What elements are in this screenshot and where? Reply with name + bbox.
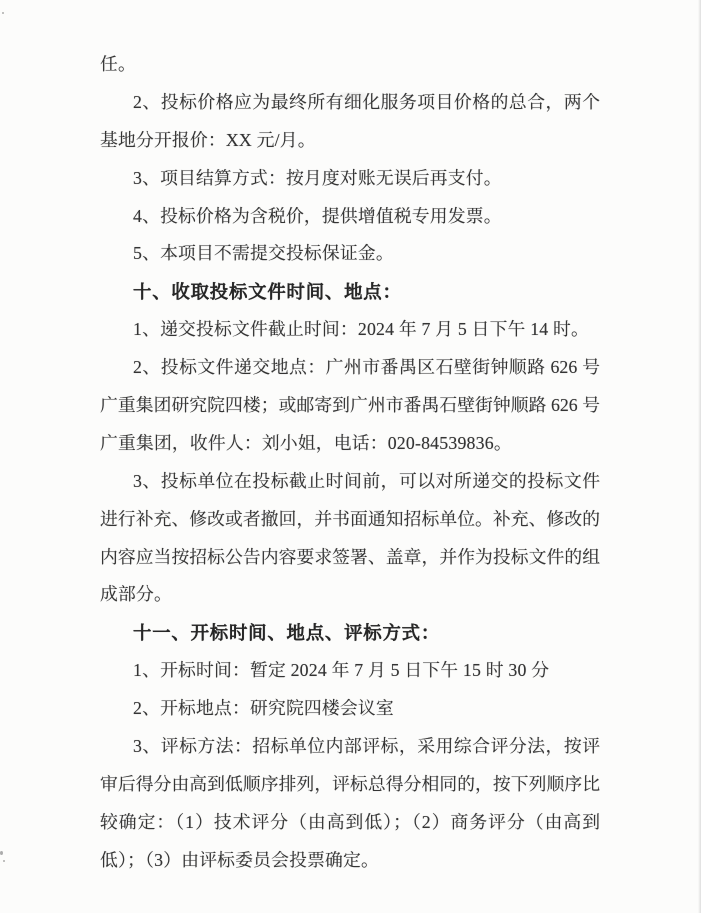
document-line: 进行补充、修改或者撤回，并书面通知招标单位。补充、修改的	[100, 501, 600, 539]
document-text-block: 任。2、投标价格应为最终所有细化服务项目价格的总合，两个基地分开报价：XX 元/…	[100, 46, 600, 880]
scan-speckle	[0, 851, 3, 855]
document-line: 审后得分由高到低顺序排列，评标总得分相同的，按下列顺序比	[100, 766, 600, 804]
document-line: 2、投标文件递交地点：广州市番禺区石壁街钟顺路 626 号	[100, 349, 600, 387]
document-line: 2、投标价格应为最终所有细化服务项目价格的总合，两个	[100, 84, 600, 122]
document-line: 低）；（3）由评标委员会投票确定。	[100, 842, 600, 880]
document-line: 5、本项目不需提交投标保证金。	[100, 235, 600, 273]
document-line: 广重集团，收件人：刘小姐，电话：020-84539836。	[100, 425, 600, 463]
document-line: 1、开标时间：暂定 2024 年 7 月 5 日下午 15 时 30 分	[100, 652, 600, 690]
document-line: 内容应当按招标公告内容要求签署、盖章，并作为投标文件的组	[100, 539, 600, 577]
document-line: 广重集团研究院四楼；或邮寄到广州市番禺石壁街钟顺路 626 号	[100, 387, 600, 425]
scanned-document-page: 任。2、投标价格应为最终所有细化服务项目价格的总合，两个基地分开报价：XX 元/…	[0, 0, 701, 913]
document-line: 2、开标地点：研究院四楼会议室	[100, 690, 600, 728]
document-line: 3、评标方法：招标单位内部评标，采用综合评分法，按评	[100, 728, 600, 766]
scan-smudge	[340, 92, 366, 100]
document-line: 成部分。	[100, 576, 600, 614]
scan-speckle	[2, 12, 4, 14]
document-line: 3、项目结算方式：按月度对账无误后再支付。	[100, 160, 600, 198]
section-heading: 十一、开标时间、地点、评标方式：	[100, 614, 600, 652]
document-line: 3、投标单位在投标截止时间前，可以对所递交的投标文件	[100, 463, 600, 501]
document-line: 1、递交投标文件截止时间：2024 年 7 月 5 日下午 14 时。	[100, 311, 600, 349]
document-line: 较确定：（1）技术评分（由高到低）；（2）商务评分（由高到	[100, 804, 600, 842]
scan-speckle	[3, 860, 5, 862]
document-line: 4、投标价格为含税价，提供增值税专用发票。	[100, 198, 600, 236]
document-line: 基地分开报价：XX 元/月。	[100, 122, 600, 160]
section-heading: 十、收取投标文件时间、地点：	[100, 273, 600, 311]
document-line: 任。	[100, 46, 600, 84]
